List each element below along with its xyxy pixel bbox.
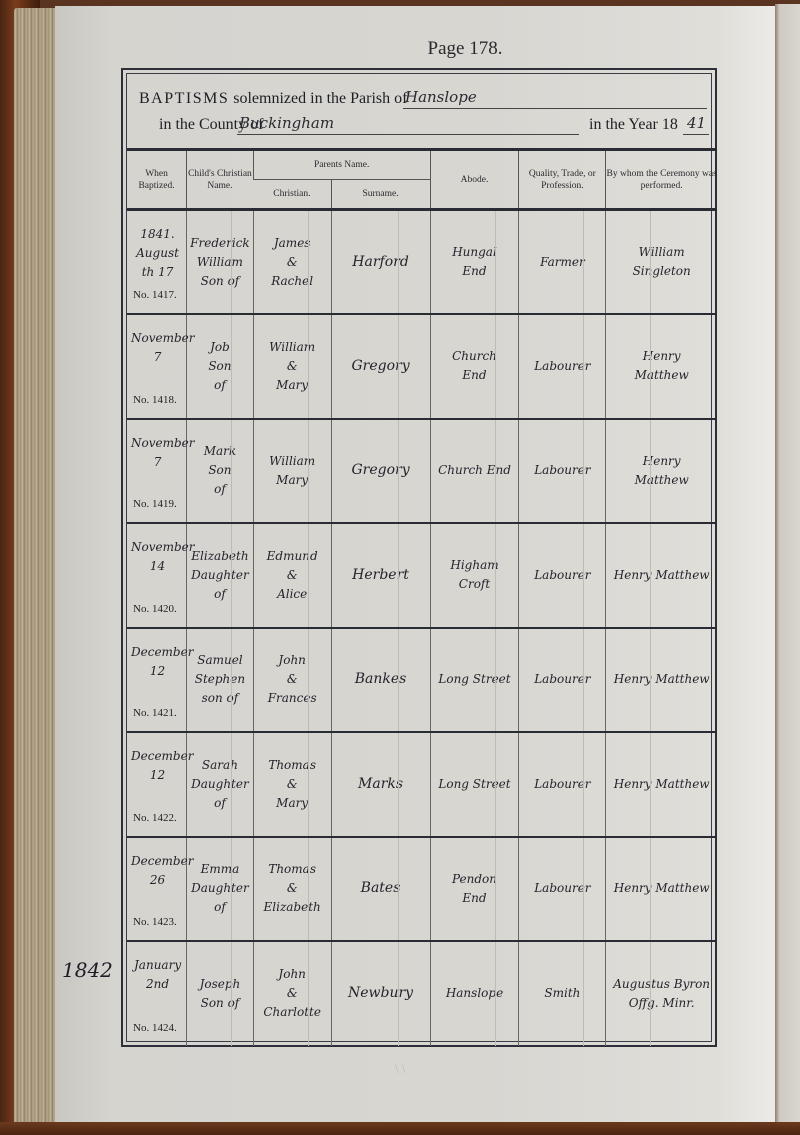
title-line-1: BAPTISMS solemnized in the Parish of bbox=[139, 90, 407, 108]
date-line-1: December bbox=[131, 852, 184, 871]
parents-line-1: John bbox=[256, 965, 329, 984]
quality: Labourer bbox=[521, 670, 603, 689]
date-line-2: August bbox=[131, 244, 184, 263]
child-line-2: Daughter bbox=[189, 879, 251, 898]
cell-surname: Gregory bbox=[331, 314, 430, 419]
abode-line-1: Church bbox=[433, 347, 517, 366]
quality: Farmer bbox=[521, 253, 603, 272]
abode-line-2: End bbox=[433, 366, 517, 385]
cell-parents-christian: Thomas & Elizabeth bbox=[253, 837, 331, 942]
cell-abode: Church End bbox=[430, 419, 519, 524]
parents-line-2: & bbox=[256, 879, 329, 898]
cell-officiant: Henry Matthew bbox=[606, 628, 717, 733]
parents-line-3: Alice bbox=[256, 585, 329, 604]
cell-child-name: Joseph Son of bbox=[187, 941, 254, 1046]
col-parents-name: Parents Name. bbox=[253, 150, 430, 180]
child-line-1: Samuel bbox=[189, 651, 251, 670]
date-line-1: November bbox=[131, 329, 184, 348]
child-line-1: Sarah bbox=[189, 756, 251, 775]
child-line-1: Frederick bbox=[189, 234, 251, 253]
date-line-2: 14 bbox=[131, 557, 184, 576]
col-abode: Abode. bbox=[430, 150, 519, 210]
col-childs-name: Child's Christian Name. bbox=[187, 150, 254, 210]
child-line-2: Son bbox=[189, 357, 251, 376]
parents-line-2: & bbox=[256, 670, 329, 689]
cell-abode: Hungal End bbox=[430, 210, 519, 315]
cell-child-name: Job Son of bbox=[187, 314, 254, 419]
officiant-line-2: Singleton bbox=[608, 262, 715, 281]
register-frame-inner: BAPTISMS solemnized in the Parish of Han… bbox=[126, 73, 712, 1042]
child-line-3: of bbox=[189, 585, 251, 604]
entry-number: No. 1422. bbox=[133, 809, 177, 828]
cell-quality: Farmer bbox=[519, 210, 606, 315]
cell-officiant: Augustus Byron Offg. Minr. bbox=[606, 941, 717, 1046]
parents-line-3: Mary bbox=[256, 376, 329, 395]
table-row: November 14 No. 1420. Elizabeth Daughter… bbox=[127, 523, 717, 628]
parents-line-2: & bbox=[256, 253, 329, 272]
cell-when-baptized: December 12 No. 1421. bbox=[127, 628, 187, 733]
surname: Newbury bbox=[334, 984, 428, 1003]
surname: Herbert bbox=[334, 566, 428, 585]
table-row: November 7 No. 1418. Job Son of William … bbox=[127, 314, 717, 419]
surname: Gregory bbox=[334, 461, 428, 480]
cell-when-baptized: November 7 No. 1419. bbox=[127, 419, 187, 524]
entry-number: No. 1421. bbox=[133, 704, 177, 723]
date-line-1: January bbox=[131, 956, 184, 975]
col-parents-surname: Surname. bbox=[331, 180, 430, 210]
abode-line-1: Church End bbox=[433, 461, 517, 480]
entry-number: No. 1418. bbox=[133, 391, 177, 410]
cell-when-baptized: November 14 No. 1420. bbox=[127, 523, 187, 628]
title-parish-label: solemnized in the Parish of bbox=[233, 90, 407, 107]
cell-officiant: Henry Matthew bbox=[606, 837, 717, 942]
table-row: November 7 No. 1419. Mark Son of William… bbox=[127, 419, 717, 524]
date-line-2: 7 bbox=[131, 348, 184, 367]
officiant-line-2: Matthew bbox=[608, 366, 715, 385]
baptism-register-table: When Baptized. Child's Christian Name. P… bbox=[127, 148, 717, 1046]
child-line-1: Job bbox=[189, 338, 251, 357]
date-line-2: 26 bbox=[131, 871, 184, 890]
cell-parents-christian: John & Charlotte bbox=[253, 941, 331, 1046]
parish-value: Hanslope bbox=[405, 88, 477, 106]
table-row: January 2nd No. 1424. Joseph Son of John… bbox=[127, 941, 717, 1046]
page-number: Page 178. bbox=[55, 38, 775, 60]
cell-quality: Labourer bbox=[519, 628, 606, 733]
cell-parents-christian: James & Rachel bbox=[253, 210, 331, 315]
child-line-3: of bbox=[189, 898, 251, 917]
child-line-3: son of bbox=[189, 689, 251, 708]
cell-parents-christian: Thomas & Mary bbox=[253, 732, 331, 837]
parents-line-1: William bbox=[256, 452, 329, 471]
parish-fill-line bbox=[403, 108, 707, 109]
parents-line-2: & bbox=[256, 984, 329, 1003]
date-line-3: th 17 bbox=[131, 263, 184, 282]
parents-line-3: Mary bbox=[256, 471, 329, 490]
title-baptisms: BAPTISMS bbox=[139, 90, 229, 107]
quality: Labourer bbox=[521, 566, 603, 585]
surname: Marks bbox=[334, 775, 428, 794]
date-line-2: 2nd bbox=[131, 975, 184, 994]
footer-mark: \ \ bbox=[395, 1061, 405, 1077]
abode-line-1: Hanslope bbox=[433, 984, 517, 1003]
officiant-line-1: Henry bbox=[608, 347, 715, 366]
table-row: December 12 No. 1422. Sarah Daughter of … bbox=[127, 732, 717, 837]
child-line-2: William bbox=[189, 253, 251, 272]
cell-when-baptized: January 2nd No. 1424. bbox=[127, 941, 187, 1046]
officiant-line-1: Henry bbox=[608, 452, 715, 471]
date-line-1: 1841. bbox=[131, 225, 184, 244]
cell-quality: Labourer bbox=[519, 419, 606, 524]
parents-line-3: Charlotte bbox=[256, 1003, 329, 1022]
register-frame: BAPTISMS solemnized in the Parish of Han… bbox=[121, 68, 717, 1047]
cell-when-baptized: November 7 No. 1418. bbox=[127, 314, 187, 419]
cell-surname: Newbury bbox=[331, 941, 430, 1046]
child-line-2: Stephen bbox=[189, 670, 251, 689]
cell-when-baptized: 1841. August th 17 No. 1417. bbox=[127, 210, 187, 315]
cell-surname: Herbert bbox=[331, 523, 430, 628]
child-line-1: Emma bbox=[189, 860, 251, 879]
parents-line-3: Elizabeth bbox=[256, 898, 329, 917]
abode-line-1: Hungal bbox=[433, 243, 517, 262]
date-line-1: December bbox=[131, 747, 184, 766]
cell-quality: Labourer bbox=[519, 523, 606, 628]
parents-line-1: James bbox=[256, 234, 329, 253]
officiant-line-1: Henry Matthew bbox=[608, 566, 715, 585]
year-fill-line bbox=[683, 134, 709, 135]
table-row: 1841. August th 17 No. 1417. Frederick W… bbox=[127, 210, 717, 315]
parents-line-2: & bbox=[256, 566, 329, 585]
child-line-1: Mark bbox=[189, 442, 251, 461]
cell-surname: Bankes bbox=[331, 628, 430, 733]
entry-number: No. 1423. bbox=[133, 913, 177, 932]
parents-line-3: Rachel bbox=[256, 272, 329, 291]
child-line-2: Son bbox=[189, 461, 251, 480]
table-header: When Baptized. Child's Christian Name. P… bbox=[127, 150, 717, 210]
entry-number: No. 1419. bbox=[133, 495, 177, 514]
cell-surname: Gregory bbox=[331, 419, 430, 524]
parents-line-3: Mary bbox=[256, 794, 329, 813]
entry-number: No. 1424. bbox=[133, 1019, 177, 1038]
date-line-2: 12 bbox=[131, 662, 184, 681]
date-line-2: 12 bbox=[131, 766, 184, 785]
cell-quality: Labourer bbox=[519, 837, 606, 942]
date-line-2: 7 bbox=[131, 453, 184, 472]
table-row: December 12 No. 1421. Samuel Stephen son… bbox=[127, 628, 717, 733]
officiant-line-1: Henry Matthew bbox=[608, 670, 715, 689]
register-title-block: BAPTISMS solemnized in the Parish of Han… bbox=[127, 74, 711, 146]
facing-page-edge bbox=[775, 4, 800, 1126]
cell-abode: Long Street bbox=[430, 732, 519, 837]
cell-officiant: Henry Matthew bbox=[606, 314, 717, 419]
cell-child-name: Emma Daughter of bbox=[187, 837, 254, 942]
cell-parents-christian: William & Mary bbox=[253, 314, 331, 419]
cell-surname: Marks bbox=[331, 732, 430, 837]
cell-surname: Bates bbox=[331, 837, 430, 942]
surname: Harford bbox=[334, 253, 428, 272]
cell-quality: Labourer bbox=[519, 314, 606, 419]
abode-line-1: Long Street bbox=[433, 775, 517, 794]
parents-line-1: William bbox=[256, 338, 329, 357]
surname: Bankes bbox=[334, 670, 428, 689]
surname: Bates bbox=[334, 879, 428, 898]
parents-line-2: & bbox=[256, 357, 329, 376]
child-line-2: Son of bbox=[189, 994, 251, 1013]
date-line-1: December bbox=[131, 643, 184, 662]
abode-line-2: End bbox=[433, 889, 517, 908]
officiant-line-1: William bbox=[608, 243, 715, 262]
quality: Labourer bbox=[521, 879, 603, 898]
title-year-label: in the Year 18 bbox=[589, 116, 678, 134]
cell-when-baptized: December 26 No. 1423. bbox=[127, 837, 187, 942]
child-line-2: Daughter bbox=[189, 566, 251, 585]
cell-officiant: Henry Matthew bbox=[606, 419, 717, 524]
cell-parents-christian: John & Frances bbox=[253, 628, 331, 733]
cell-abode: Hanslope bbox=[430, 941, 519, 1046]
parents-line-1: John bbox=[256, 651, 329, 670]
cell-abode: Long Street bbox=[430, 628, 519, 733]
abode-line-1: Long Street bbox=[433, 670, 517, 689]
parents-line-1: Thomas bbox=[256, 756, 329, 775]
quality: Labourer bbox=[521, 775, 603, 794]
abode-line-2: Croft bbox=[433, 575, 517, 594]
entry-number: No. 1417. bbox=[133, 286, 177, 305]
child-line-1: Elizabeth bbox=[189, 547, 251, 566]
col-quality: Quality, Trade, or Profession. bbox=[519, 150, 606, 210]
cell-parents-christian: William Mary bbox=[253, 419, 331, 524]
abode-line-1: Pendon bbox=[433, 870, 517, 889]
officiant-line-1: Augustus Byron bbox=[608, 975, 715, 994]
quality: Smith bbox=[521, 984, 603, 1003]
abode-line-1: Higham bbox=[433, 556, 517, 575]
cell-child-name: Samuel Stephen son of bbox=[187, 628, 254, 733]
child-line-3: of bbox=[189, 794, 251, 813]
col-when-baptized: When Baptized. bbox=[127, 150, 187, 210]
table-body: 1841. August th 17 No. 1417. Frederick W… bbox=[127, 210, 717, 1046]
officiant-line-2: Matthew bbox=[608, 471, 715, 490]
cell-officiant: Henry Matthew bbox=[606, 732, 717, 837]
county-value: Buckingham bbox=[239, 114, 334, 132]
cell-child-name: Frederick William Son of bbox=[187, 210, 254, 315]
child-line-1: Joseph bbox=[189, 975, 251, 994]
cell-abode: Pendon End bbox=[430, 837, 519, 942]
entry-number: No. 1420. bbox=[133, 600, 177, 619]
table-row: December 26 No. 1423. Emma Daughter of T… bbox=[127, 837, 717, 942]
officiant-line-2: Offg. Minr. bbox=[608, 994, 715, 1013]
cell-abode: Higham Croft bbox=[430, 523, 519, 628]
book-page-edges bbox=[14, 8, 58, 1128]
cell-child-name: Elizabeth Daughter of bbox=[187, 523, 254, 628]
cell-when-baptized: December 12 No. 1422. bbox=[127, 732, 187, 837]
cell-officiant: Henry Matthew bbox=[606, 523, 717, 628]
cell-officiant: William Singleton bbox=[606, 210, 717, 315]
child-line-3: Son of bbox=[189, 272, 251, 291]
cell-quality: Smith bbox=[519, 941, 606, 1046]
date-line-1: November bbox=[131, 434, 184, 453]
cell-surname: Harford bbox=[331, 210, 430, 315]
parents-line-3: Frances bbox=[256, 689, 329, 708]
child-line-2: Daughter bbox=[189, 775, 251, 794]
officiant-line-1: Henry Matthew bbox=[608, 879, 715, 898]
county-fill-line bbox=[237, 134, 579, 135]
year-value: 41 bbox=[687, 114, 706, 132]
date-line-1: November bbox=[131, 538, 184, 557]
col-parents-christian: Christian. bbox=[253, 180, 331, 210]
margin-year-note: 1842 bbox=[62, 958, 113, 982]
cell-abode: Church End bbox=[430, 314, 519, 419]
child-line-3: of bbox=[189, 480, 251, 499]
wooden-table-bottom bbox=[0, 1122, 800, 1135]
child-line-3: of bbox=[189, 376, 251, 395]
quality: Labourer bbox=[521, 461, 603, 480]
abode-line-2: End bbox=[433, 262, 517, 281]
parents-line-1: Thomas bbox=[256, 860, 329, 879]
cell-quality: Labourer bbox=[519, 732, 606, 837]
surname: Gregory bbox=[334, 357, 428, 376]
cell-child-name: Mark Son of bbox=[187, 419, 254, 524]
cell-parents-christian: Edmund & Alice bbox=[253, 523, 331, 628]
parents-line-1: Edmund bbox=[256, 547, 329, 566]
col-officiant: By whom the Ceremony was performed. bbox=[606, 150, 717, 210]
quality: Labourer bbox=[521, 357, 603, 376]
officiant-line-1: Henry Matthew bbox=[608, 775, 715, 794]
parents-line-2: & bbox=[256, 775, 329, 794]
cell-child-name: Sarah Daughter of bbox=[187, 732, 254, 837]
